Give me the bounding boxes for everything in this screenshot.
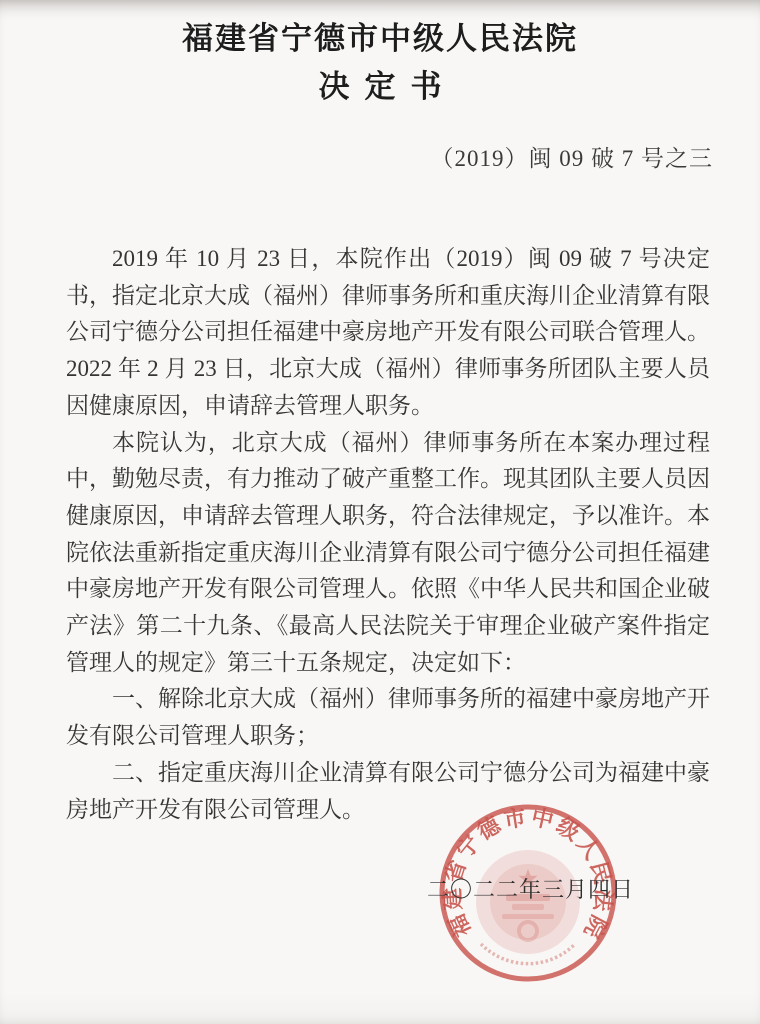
emblem-gate-body xyxy=(512,904,544,910)
decision-date: 二〇二二年三月四日 xyxy=(0,878,760,902)
case-number: （2019）闽 09 破 7 号之三 xyxy=(0,146,760,172)
emblem-cogwheel xyxy=(519,922,537,940)
paragraph-court-opinion: 本院认为，北京大成（福州）律师事务所在本案办理过程中，勤勉尽责，有力推动了破产重… xyxy=(66,425,710,682)
decision-item-2: 二、指定重庆海川企业清算有限公司宁德分公司为福建中豪房地产开发有限公司管理人。 xyxy=(66,755,710,828)
court-name: 福建省宁德市中级人民法院 xyxy=(0,21,760,57)
document-page: 福建省宁德市中级人民法院 决定书 （2019）闽 09 破 7 号之三 2019… xyxy=(0,0,760,1024)
paragraph-opening: 2019 年 10 月 23 日，本院作出（2019）闽 09 破 7 号决定书… xyxy=(66,241,710,425)
document-body: 2019 年 10 月 23 日，本院作出（2019）闽 09 破 7 号决定书… xyxy=(66,241,710,828)
decision-item-1: 一、解除北京大成（福州）律师事务所的福建中豪房地产开发有限公司管理人职务； xyxy=(66,681,710,754)
document-title: 决定书 xyxy=(0,69,760,105)
emblem-gate-base xyxy=(502,914,554,919)
seal-serial-marks xyxy=(481,944,575,964)
